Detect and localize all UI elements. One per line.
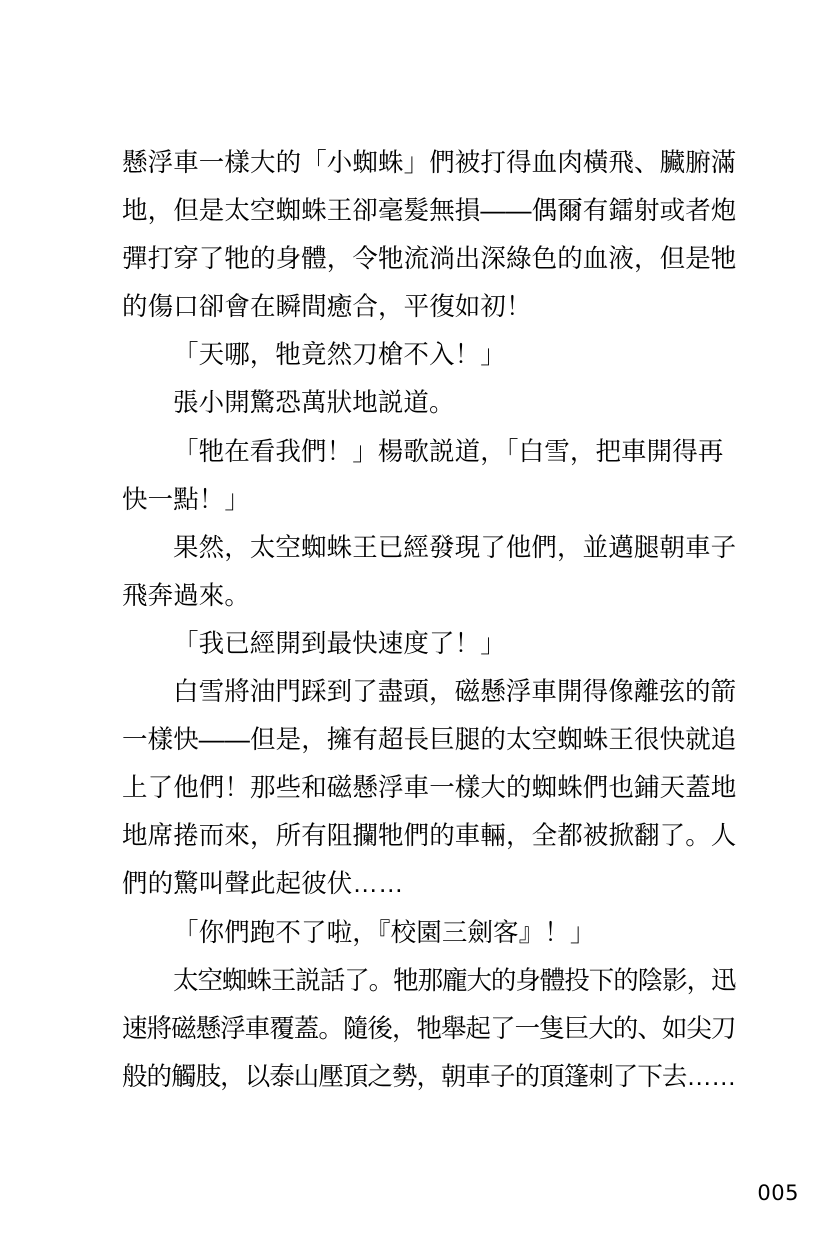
text-line: 們的驚叫聲此起彼伏…… [122,860,738,908]
text-line: 果然，太空蜘蛛王已經發現了他們，並邁腿朝車子 [122,524,738,572]
text-line: 「牠在看我們！」楊歌説道，「白雪，把車開得再 [122,428,738,476]
text-line: 懸浮車一樣大的「小蜘蛛」們被打得血肉橫飛、臟腑滿 [122,139,738,187]
text-line: 的傷口卻會在瞬間癒合，平復如初！ [122,283,738,331]
text-line: 「天哪，牠竟然刀槍不入！」 [122,331,738,379]
text-line: 白雪將油門踩到了盡頭，磁懸浮車開得像離弦的箭 [122,668,738,716]
text-line: 「我已經開到最快速度了！」 [122,620,738,668]
text-line: 快一點！」 [122,476,738,524]
text-line: 張小開驚恐萬狀地説道。 [122,379,738,427]
text-line: 上了他們！那些和磁懸浮車一樣大的蜘蛛們也鋪天蓋地 [122,764,738,812]
text-block: 懸浮車一樣大的「小蜘蛛」們被打得血肉橫飛、臟腑滿地，但是太空蜘蛛王卻毫髮無損——… [122,139,738,1101]
page-number: 005 [757,1183,799,1204]
text-line: 地，但是太空蜘蛛王卻毫髮無損——偶爾有鐳射或者炮 [122,187,738,235]
text-line: 般的觸肢，以泰山壓頂之勢，朝車子的頂篷刺了下去…… [122,1053,738,1101]
text-line: 飛奔過來。 [122,572,738,620]
text-line: 地席捲而來，所有阻攔牠們的車輛，全都被掀翻了。人 [122,812,738,860]
text-line: 一樣快——但是，擁有超長巨腿的太空蜘蛛王很快就追 [122,716,738,764]
text-line: 太空蜘蛛王説話了。牠那龐大的身體投下的陰影，迅 [122,957,738,1005]
book-page: 懸浮車一樣大的「小蜘蛛」們被打得血肉橫飛、臟腑滿地，但是太空蜘蛛王卻毫髮無損——… [0,0,827,1241]
text-line: 速將磁懸浮車覆蓋。隨後，牠舉起了一隻巨大的、如尖刀 [122,1005,738,1053]
text-line: 彈打穿了牠的身體，令牠流淌出深綠色的血液，但是牠 [122,235,738,283]
text-line: 「你們跑不了啦，『校園三劍客』！」 [122,909,738,957]
